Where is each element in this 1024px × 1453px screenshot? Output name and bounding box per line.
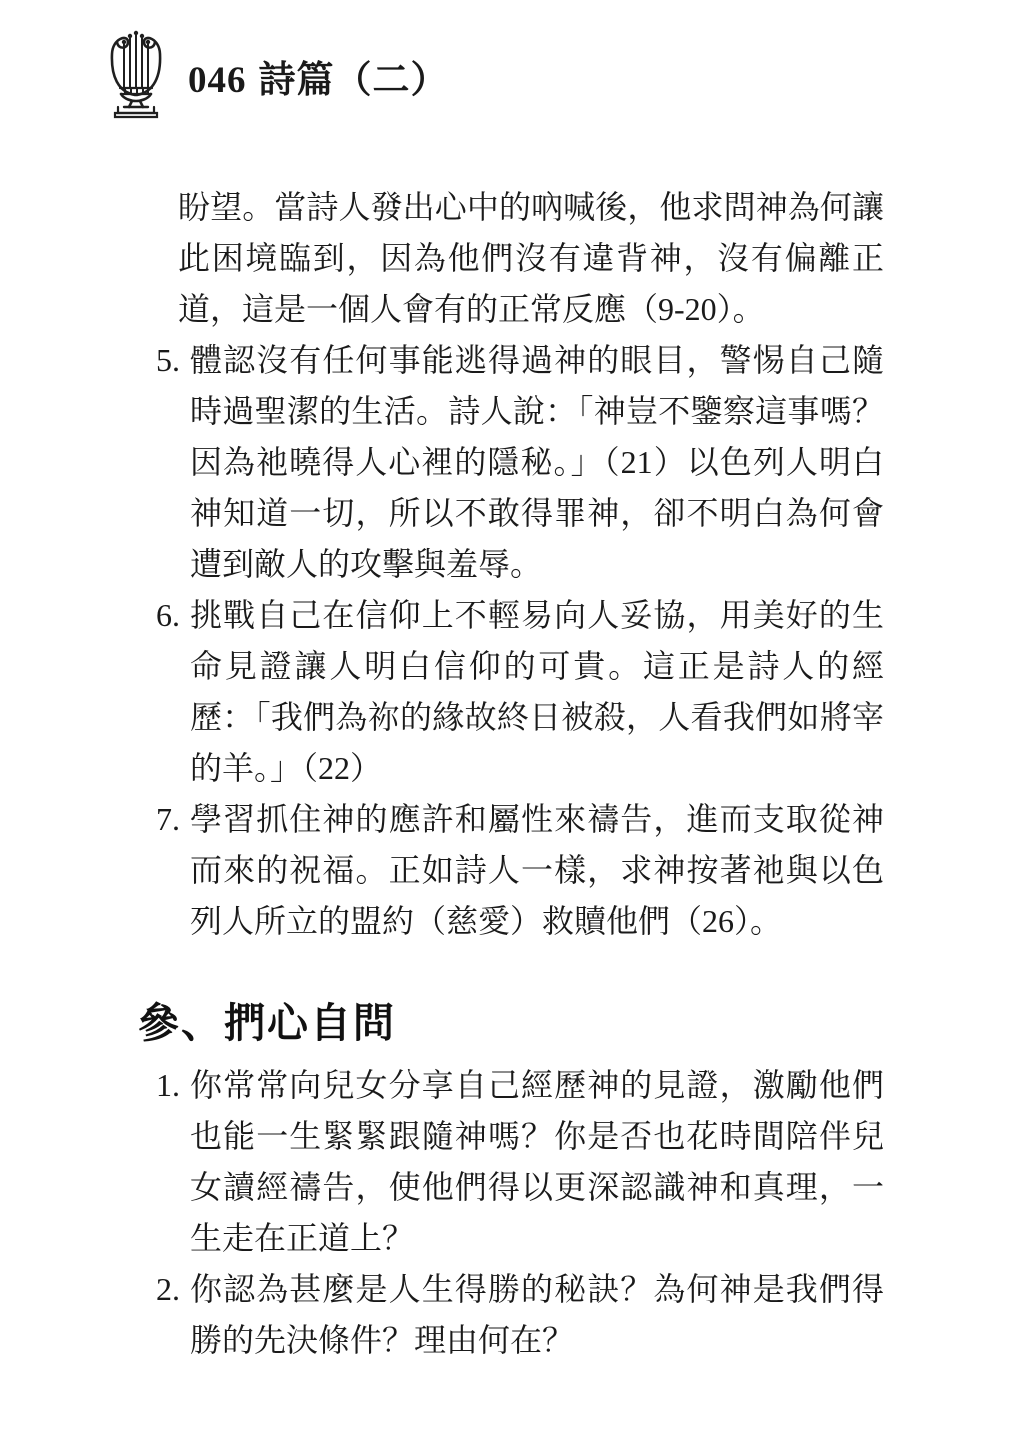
- page-header: 046詩篇（二）: [104, 26, 449, 120]
- book-page: 046詩篇（二） 盼望。當詩人發出心中的吶喊後，他求問神為何讓此困境臨到，因為他…: [0, 0, 1024, 1453]
- book-number: 046: [188, 60, 247, 101]
- point-number: 5.: [156, 335, 190, 590]
- question-1: 1. 你常常向兒女分享自己經歷神的見證，激勵他們也能一生緊緊跟隨神嗎？你是否也花…: [138, 1060, 884, 1264]
- point-text: 挑戰自己在信仰上不輕易向人妥協，用美好的生命見證讓人明白信仰的可貴。這正是詩人的…: [190, 590, 884, 794]
- continuation-paragraph: 盼望。當詩人發出心中的吶喊後，他求問神為何讓此困境臨到，因為他們沒有違背神，沒有…: [138, 182, 884, 335]
- question-number: 1.: [156, 1060, 190, 1264]
- study-point-5: 5. 體認沒有任何事能逃得過神的眼目，警惕自己隨時過聖潔的生活。詩人說：「神豈不…: [138, 335, 884, 590]
- point-number: 6.: [156, 590, 190, 794]
- book-name: 詩篇（二）: [259, 60, 449, 101]
- point-text: 體認沒有任何事能逃得過神的眼目，警惕自己隨時過聖潔的生活。詩人說：「神豈不鑒察這…: [190, 335, 884, 590]
- question-text: 你常常向兒女分享自己經歷神的見證，激勵他們也能一生緊緊跟隨神嗎？你是否也花時間陪…: [190, 1060, 884, 1264]
- point-text: 學習抓住神的應許和屬性來禱告，進而支取從神而來的祝福。正如詩人一樣，求神按著祂與…: [190, 794, 884, 947]
- point-number: 7.: [156, 794, 190, 947]
- continuation-lead: 盼望。: [178, 189, 274, 225]
- page-content: 盼望。當詩人發出心中的吶喊後，他求問神為何讓此困境臨到，因為他們沒有違背神，沒有…: [138, 182, 884, 1366]
- question-text: 你認為甚麼是人生得勝的秘訣？為何神是我們得勝的先決條件？理由何在？: [190, 1264, 884, 1366]
- book-title: 046詩篇（二）: [188, 43, 449, 103]
- study-point-6: 6. 挑戰自己在信仰上不輕易向人妥協，用美好的生命見證讓人明白信仰的可貴。這正是…: [138, 590, 884, 794]
- question-number: 2.: [156, 1264, 190, 1366]
- question-2: 2. 你認為甚麼是人生得勝的秘訣？為何神是我們得勝的先決條件？理由何在？: [138, 1264, 884, 1366]
- section-heading: 參、捫心自問: [138, 994, 884, 1052]
- lyre-icon: [104, 26, 168, 120]
- study-point-7: 7. 學習抓住神的應許和屬性來禱告，進而支取從神而來的祝福。正如詩人一樣，求神按…: [138, 794, 884, 947]
- continuation-text: 當詩人發出心中的吶喊後，他求問神為何讓此困境臨到，因為他們沒有違背神，沒有偏離正…: [178, 189, 884, 327]
